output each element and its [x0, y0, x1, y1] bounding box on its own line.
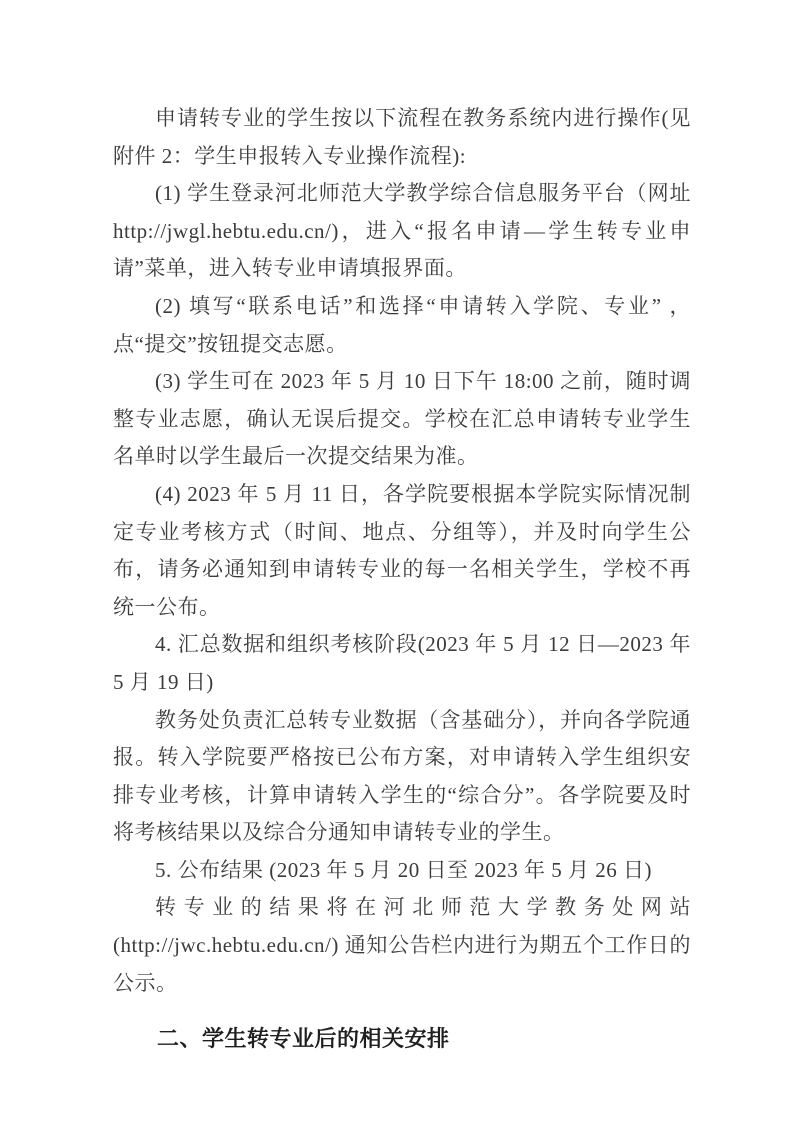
paragraph-phase-4-title: 4. 汇总数据和组织考核阶段(2023 年 5 月 12 日—2023 年 5 …: [113, 626, 691, 701]
paragraph-step-3: (3) 学生可在 2023 年 5 月 10 日下午 18:00 之前，随时调整…: [113, 363, 691, 476]
paragraph-procedure-intro: 申请转专业的学生按以下流程在教务系统内进行操作(见附件 2：学生申报转入专业操作…: [113, 100, 691, 175]
document-page: 申请转专业的学生按以下流程在教务系统内进行操作(见附件 2：学生申报转入专业操作…: [0, 0, 800, 1131]
paragraph-step-4: (4) 2023 年 5 月 11 日，各学院要根据本学院实际情况制定专业考核方…: [113, 476, 691, 626]
paragraph-step-1: (1) 学生登录河北师范大学教学综合信息服务平台（网址 http://jwgl.…: [113, 175, 691, 288]
paragraph-step-2: (2) 填写“联系电话”和选择“申请转入学院、专业” ，点“提交”按钮提交志愿。: [113, 288, 691, 363]
paragraph-phase-5-body: 转专业的结果将在河北师范大学教务处网站 (http://jwc.hebtu.ed…: [113, 889, 691, 1002]
document-text-block: 申请转专业的学生按以下流程在教务系统内进行操作(见附件 2：学生申报转入专业操作…: [113, 100, 691, 1058]
paragraph-phase-4-body: 教务处负责汇总转专业数据（含基础分），并向各学院通报。转入学院要严格按已公布方案…: [113, 702, 691, 852]
section-heading-two: 二、学生转专业后的相关安排: [113, 1020, 691, 1058]
paragraph-phase-5-title: 5. 公布结果 (2023 年 5 月 20 日至 2023 年 5 月 26 …: [113, 852, 691, 890]
